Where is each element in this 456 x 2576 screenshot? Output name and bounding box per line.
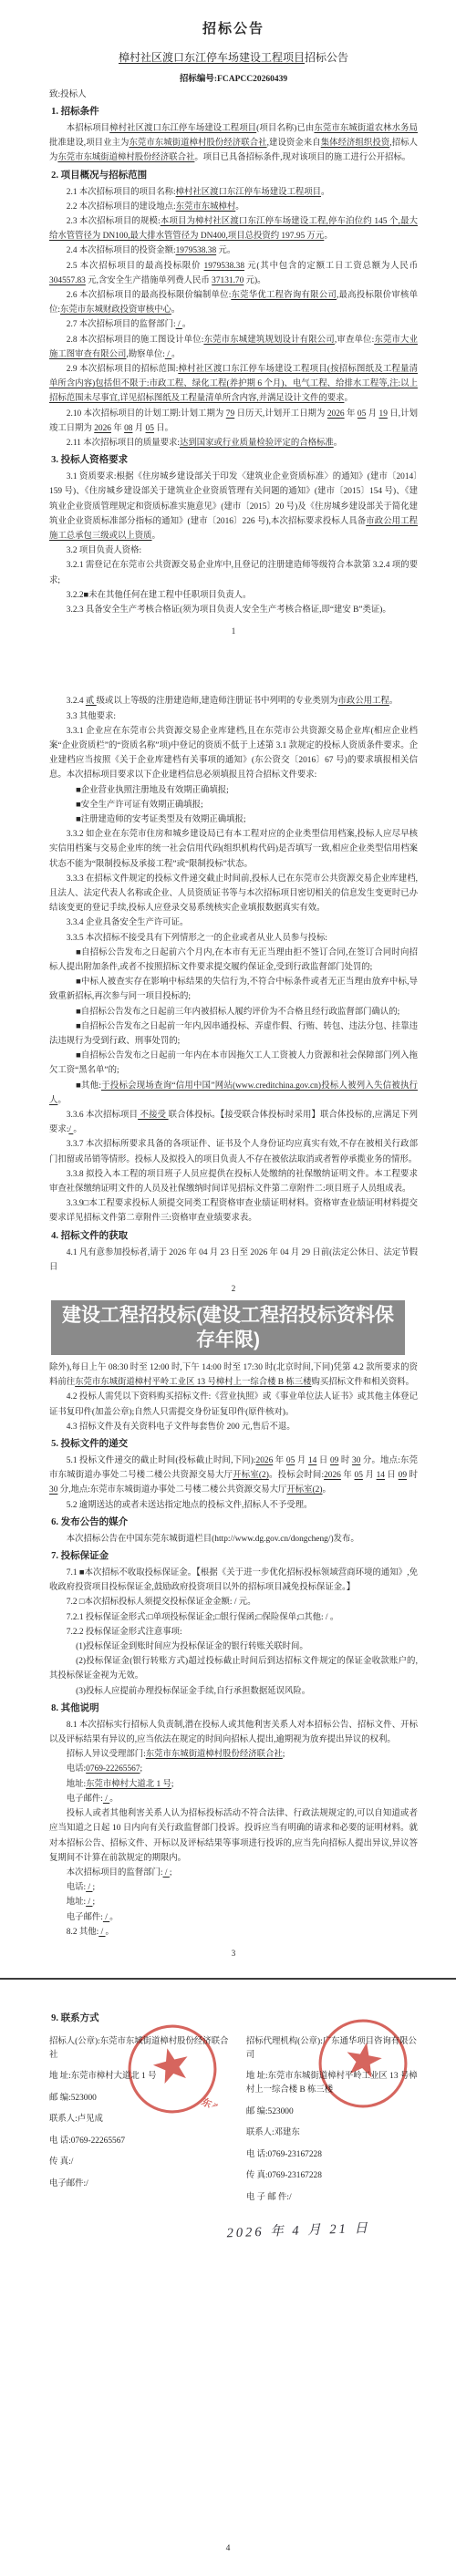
contact-row: 电 话:0769-22265567 — [49, 2135, 235, 2148]
contact-row: 地 址:东莞市樟村大道北 1 号 — [49, 2070, 235, 2084]
paragraph: 2.4 本次招标项目的投资金额:1979538.38 元。 — [49, 243, 418, 258]
subtitle-suffix: 招标公告 — [305, 51, 348, 64]
paragraph: 2.1 本次招标项目的项目名称:樟村社区渡口东江停车场建设工程项目。 — [49, 185, 418, 200]
paragraph: 2.5 本次招标项目的最高投标限价 1979538.38 元(其中包含的定额工日… — [49, 259, 418, 288]
section-heading-contacts: 9. 联系方式 — [49, 2011, 418, 2026]
bullet-paragraph: ■自招标公告发布之日起前六个月内,在本市有无正当理由拒不签订合同,在签订合同时向… — [49, 946, 418, 975]
paragraph: 3.3.2 如企业在东莞市住房和城乡建设局已有本工程对应的企业类型信用档案,投标… — [49, 827, 418, 872]
paragraph: 地址: / ; — [49, 1895, 418, 1909]
bullet-paragraph: (3)投标人应提前办理投标保证金手续,自行承担数据延误风险。 — [49, 1684, 418, 1699]
document-subtitle: 樟村社区渡口东江停车场建设工程项目招标公告 — [49, 49, 418, 65]
paragraph: 3.2.2■未在其他任何在建工程中任职项目负责人。 — [49, 588, 418, 603]
project-name: 樟村社区渡口东江停车场建设工程项目 — [119, 51, 305, 64]
document-title: 招标公告 — [49, 18, 418, 37]
paragraph: 2.2 本次招标项目的建设地点:东莞市东城樟村。 — [49, 200, 418, 214]
paragraph: 2.10 本次招标项目的计划工期:计划工期为 79 日历天,计划开工日期为 20… — [49, 407, 418, 436]
contact-row: 地 址:东莞市东城街道樟村平岭工业区 13 号樟村上一综合楼 B 栋三楼 — [246, 2070, 418, 2097]
paragraph: 2.8 本次招标项目的施工图设计单位:东莞市东城建筑规划设计有限公司,审查单位:… — [49, 333, 418, 362]
paragraph: 投标人或者其他利害关系人认为招标投标活动不符合法律、行政法规规定的,可以自知道或… — [49, 1806, 418, 1866]
section-heading: 1. 招标条件 — [49, 104, 418, 119]
tender-ref-number: FCAPCC20260439 — [217, 75, 287, 84]
paragraph: 5.2 逾期送达的或者未送达指定地点的投标文件,招标人不予受理。 — [49, 1498, 418, 1513]
page-number: 2 — [49, 1284, 418, 1293]
contact-row: 联系人:卢见成 — [49, 2113, 235, 2126]
paragraph: 3.3.1 企业应在东莞市公共资源交易企业库建档,且在东莞市公共资源交易企业库(… — [49, 724, 418, 783]
paragraph: 2.3 本次招标项目的规模:本项目为樟村社区渡口东江停车场建设工程,停车泊位约 … — [49, 214, 418, 243]
addressee-line: 致:投标人 — [49, 88, 418, 101]
paragraph: 3.2.3 具备安全生产考核合格证(须为项目负责人安全生产考核合格证,即“建安 … — [49, 603, 418, 617]
bullet-paragraph: (2)投标保证金(银行转账方式)超过投标截止时间后到达招标文件规定的保证金收款账… — [49, 1654, 418, 1683]
tender-reference: 招标编号:FCAPCC20260439 — [49, 71, 418, 84]
tender-ref-label: 招标编号: — [180, 75, 217, 84]
bullet-paragraph: ■自招标公告发布之日起前一年内在本市因拖欠工人工资被人力资源和社会保障部门列入拖… — [49, 1049, 418, 1078]
document-body: 1. 招标条件本招标项目樟村社区渡口东江停车场建设工程项目(项目名称)已由东莞市… — [49, 104, 418, 1958]
section-heading: 8. 其他说明 — [49, 1701, 418, 1716]
paragraph: 4.1 凡有意参加投标者,请于 2026 年 04 月 23 日至 2026 年… — [49, 1246, 418, 1275]
paragraph: 2.6 本次招标项目的最高投标限价编制单位:东莞华优工程咨询有限公司,最高投标限… — [49, 288, 418, 317]
contact-row: 招标人(公章):东莞市东城街道樟村股份经济联合社 — [49, 2035, 235, 2063]
contact-row: 传 真:0769-23167228 — [246, 2169, 418, 2183]
section-heading: 2. 项目概况与招标范围 — [49, 168, 418, 183]
paragraph: 电子邮件: / 。 — [49, 1910, 418, 1925]
paragraph: 除外),每日上午 08:30 时至 12:00 时,下午 14:00 时至 17… — [49, 1360, 418, 1390]
document-page: 招标公告 樟村社区渡口东江停车场建设工程项目招标公告 招标编号:FCAPCC20… — [0, 0, 456, 2576]
bullet-paragraph: ■企业营业执照注册地及有效期正确填报; — [49, 783, 418, 798]
bidder-contact-column: 招标人(公章):东莞市东城街道樟村股份经济联合社地 址:东莞市樟村大道北 1 号… — [49, 2035, 235, 2213]
paragraph: 3.1 资质要求:根据《住房城乡建设部关于印发〈建筑业企业资质标准〉的通知》(建… — [49, 470, 418, 543]
paragraph: 3.3.9□本工程要求投标人须提交同类工程资格审查业绩证明材料。资格审查业绩证明… — [49, 1196, 418, 1226]
paragraph: 电话: / ; — [49, 1880, 418, 1895]
contact-row: 联系人:邓建东 — [246, 2126, 418, 2140]
paragraph: 地址:东莞市樟村大道北 1 号; — [49, 1777, 418, 1792]
section-heading: 4. 招标文件的获取 — [49, 1228, 418, 1244]
page-number: 1 — [49, 626, 418, 636]
paragraph: 7.2.1 投标保证金形式:□单项投标保证金;□银行保函;□保险保单;□其他: … — [49, 1610, 418, 1625]
paragraph: 3.3.7 本次招标所要求具备的各项证件、证书及个人身份证均应真实有效,不存在被… — [49, 1137, 418, 1166]
page-gap — [49, 643, 418, 694]
paragraph: 8.1 本次招标实行招标人负责制,潜在投标人或其他利害关系人对本招标公告、招标文… — [49, 1718, 418, 1747]
paragraph: 3.3.3 在招标文件规定的投标文件递交截止时间前,投标人已在东莞市公共资源交易… — [49, 872, 418, 916]
contact-row: 电 话:0769-23167228 — [246, 2148, 418, 2162]
paragraph: 5.1 投标文件递交的截止时间(投标截止时间,下同):2026 年 05 月 1… — [49, 1454, 418, 1498]
page-number: 4 — [0, 2544, 456, 2553]
paragraph: 2.9 本次招标项目的招标范围:樟村社区渡口东江停车场建设工程项目(按招标图纸及… — [49, 362, 418, 407]
paragraph: 2.7 本次招标项目的监督部门: / 。 — [49, 317, 418, 332]
bullet-paragraph: ■自招标公告发布之日起前一年内,因串通投标、弄虚作假、行贿、转包、违法分包、挂靠… — [49, 1019, 418, 1049]
watermark-banner: 建设工程招投标(建设工程招投标资料保存年限) — [51, 1300, 405, 1355]
section-heading: 5. 投标文件的递交 — [49, 1436, 418, 1452]
paragraph: 7.1 ■本次招标不收取投标保证金。【根据《关于进一步优化招标投标领域营商环境的… — [49, 1566, 418, 1595]
paragraph: 4.2 投标人需凭以下资料购买招标文件:《营业执照》或《事业单位法人证书》或其他… — [49, 1390, 418, 1419]
paragraph: 本次招标项目的监督部门: / ; — [49, 1866, 418, 1880]
agency-contact-column: 招标代理机构(公章):广东通华项目咨询有限公司地 址:东莞市东城街道樟村平岭工业… — [246, 2035, 418, 2213]
section-heading: 6. 发布公告的媒介 — [49, 1515, 418, 1530]
bullet-paragraph: ■安全生产许可证有效期正确填报; — [49, 798, 418, 812]
contact-row: 邮 编:523000 — [246, 2105, 418, 2119]
section-heading: 3. 投标人资格要求 — [49, 452, 418, 468]
paragraph: 3.3 其他要求: — [49, 709, 418, 724]
paragraph: 电话:0769-22265567; — [49, 1762, 418, 1776]
contact-row: 传 真:/ — [49, 2156, 235, 2169]
contact-row: 邮 编:523000 — [49, 2092, 235, 2105]
bullet-paragraph: ■其他:于投标会现场查询“信用中国”网站(www.creditchina.gov… — [49, 1079, 418, 1108]
paragraph: 本招标项目樟村社区渡口东江停车场建设工程项目(项目名称)已由东莞市东城街道农林水… — [49, 121, 418, 166]
contact-row: 电 子 邮 件:/ — [246, 2191, 418, 2205]
paragraph: 招标人异议受理部门:东莞市东城街道樟村股份经济联合社; — [49, 1747, 418, 1762]
paragraph: 本次招标公告在中国东莞东城街道栏目(http://www.dg.gov.cn/d… — [49, 1532, 418, 1547]
bullet-paragraph: ■自招标公告发布之日起前三年内被招标人履约评价为不合格且经行政监督部门确认的; — [49, 1005, 418, 1019]
paragraph: 3.3.6 本次招标项目 不接受 联合体投标。【接受联合体投标时采用】联合体投标… — [49, 1108, 418, 1137]
bullet-paragraph: ■注册建造师的安考证类型及有效期正确填报; — [49, 812, 418, 827]
paragraph: 3.2.1 需登记在东莞市公共资源交易企业库中,且登记的注册建造师等级符合本款第… — [49, 558, 418, 587]
paragraph: 3.3.8 拟投入本工程的项目班子人员应提供在投标人处缴纳的社保缴纳证明文件。本… — [49, 1167, 418, 1196]
paragraph: 7.2 □本次招标投标人须提交投标保证金金额: / 元。 — [49, 1595, 418, 1609]
paragraph: 2.11 本次招标项目的质量要求:达到国家或行业质量检验评定的合格标准。 — [49, 436, 418, 450]
handwritten-date: 2026 年 4 月 21 日 — [49, 2218, 371, 2248]
contact-row: 招标代理机构(公章):广东通华项目咨询有限公司 — [246, 2035, 418, 2063]
paragraph: 8.2 其他: / 。 — [49, 1925, 418, 1940]
section-heading: 7. 投标保证金 — [49, 1548, 418, 1564]
contact-info: 招标人(公章):东莞市东城街道樟村股份经济联合社地 址:东莞市樟村大道北 1 号… — [49, 2035, 418, 2213]
paragraph: 电子邮件: / 。 — [49, 1792, 418, 1806]
contact-row: 电子邮件:/ — [49, 2178, 235, 2191]
paragraph: 3.2 项目负责人资格: — [49, 543, 418, 558]
paragraph: 3.3.5 本次招标不接受具有下列情形之一的企业或者从业人员参与投标: — [49, 931, 418, 946]
bullet-paragraph: ■中标人被查实存在影响中标结果的失信行为,不符合中标条件或者无正当理由放弃中标,… — [49, 975, 418, 1004]
paragraph: 7.2.2 投标保证金形式注意事项: — [49, 1625, 418, 1640]
page-separator — [0, 1978, 456, 1980]
paragraph: 4.3 招标文件及有关资料电子文件每套售价 200 元,售后不退。 — [49, 1420, 418, 1434]
page-number: 3 — [49, 1949, 418, 1958]
paragraph: 3.3.4 企业具备安全生产许可证。 — [49, 916, 418, 930]
paragraph: 3.2.4 贰 级或以上等级的注册建造师,建造师注册证书中列明的专业类别为市政公… — [49, 694, 418, 709]
bullet-paragraph: (1)投标保证金到账时间应为投标保证金的银行转账关联时间。 — [49, 1640, 418, 1654]
